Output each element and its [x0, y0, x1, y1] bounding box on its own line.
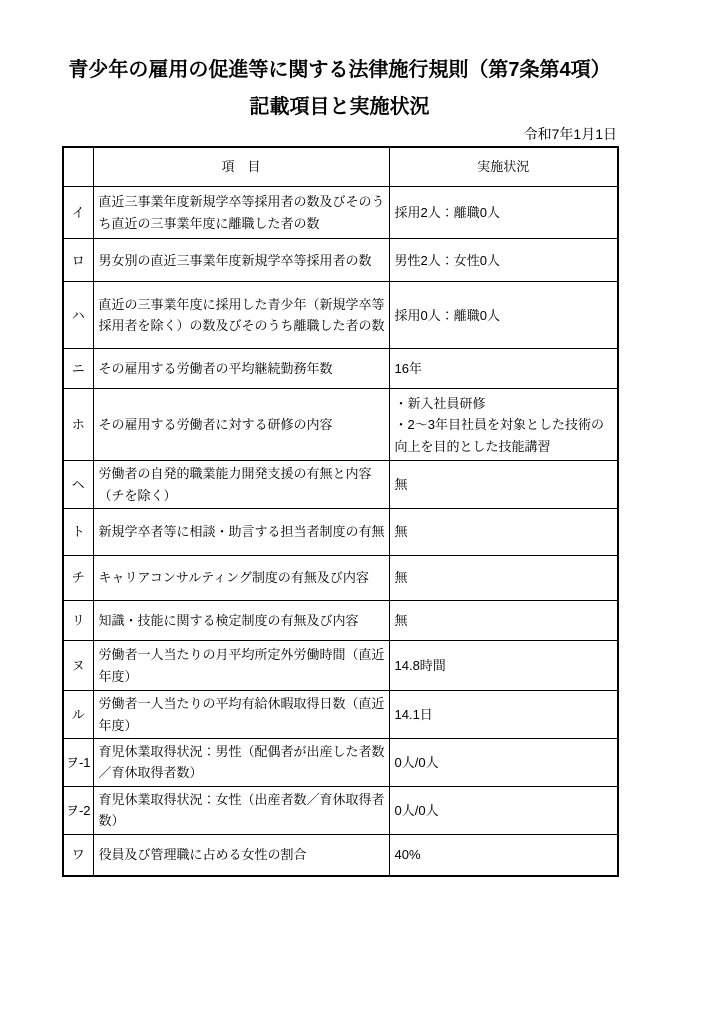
table-header-row: 項 目 実施状況	[63, 147, 618, 187]
table-row: ト 新規学卒者等に相談・助言する担当者制度の有無 無	[63, 509, 618, 556]
table-row: ヲ-2 育児休業取得状況：女性（出産者数／育休取得者数） 0人/0人	[63, 786, 618, 834]
table-row: ニ その雇用する労働者の平均継続勤務年数 16年	[63, 349, 618, 389]
row-status: 採用0人：離職0人	[389, 282, 618, 349]
table-row: ヲ-1 育児休業取得状況：男性（配偶者が出産した者数／育休取得者数） 0人/0人	[63, 739, 618, 787]
row-label: ロ	[63, 239, 93, 282]
row-item: 知識・技能に関する検定制度の有無及び内容	[93, 601, 389, 641]
table-row: イ 直近三事業年度新規学卒等採用者の数及びそのうち直近の三事業年度に離職した者の…	[63, 187, 618, 239]
row-status: ・新入社員研修 ・2～3年目社員を対象とした技術の向上を目的とした技能講習	[389, 389, 618, 461]
document-date: 令和7年1月1日	[62, 126, 617, 143]
row-status: 40%	[389, 834, 618, 876]
row-label: ヌ	[63, 641, 93, 691]
table-row: ワ 役員及び管理職に占める女性の割合 40%	[63, 834, 618, 876]
row-label: ル	[63, 691, 93, 739]
row-item: キャリアコンサルティング制度の有無及び内容	[93, 556, 389, 601]
row-label: ホ	[63, 389, 93, 461]
row-item: 労働者一人当たりの月平均所定外労働時間（直近年度）	[93, 641, 389, 691]
table-row: リ 知識・技能に関する検定制度の有無及び内容 無	[63, 601, 618, 641]
row-label: ヲ-1	[63, 739, 93, 787]
header-label-cell	[63, 147, 93, 187]
page-subtitle: 記載項目と実施状況	[62, 94, 617, 120]
row-label: リ	[63, 601, 93, 641]
row-item: その雇用する労働者に対する研修の内容	[93, 389, 389, 461]
row-item: 新規学卒者等に相談・助言する担当者制度の有無	[93, 509, 389, 556]
document-page: 青少年の雇用の促進等に関する法律施行規則（第7条第4項） 記載項目と実施状況 令…	[0, 0, 724, 1024]
table-row: チ キャリアコンサルティング制度の有無及び内容 無	[63, 556, 618, 601]
row-status: 14.1日	[389, 691, 618, 739]
table-row: ヘ 労働者の自発的職業能力開発支援の有無と内容（チを除く） 無	[63, 461, 618, 509]
row-item: 男女別の直近三事業年度新規学卒等採用者の数	[93, 239, 389, 282]
row-label: ニ	[63, 349, 93, 389]
row-item: 直近三事業年度新規学卒等採用者の数及びそのうち直近の三事業年度に離職した者の数	[93, 187, 389, 239]
row-label: ト	[63, 509, 93, 556]
table-row: ハ 直近の三事業年度に採用した青少年（新規学卒等採用者を除く）の数及びそのうち離…	[63, 282, 618, 349]
row-status: 16年	[389, 349, 618, 389]
row-label: ヲ-2	[63, 786, 93, 834]
row-status: 採用2人：離職0人	[389, 187, 618, 239]
row-status: 無	[389, 556, 618, 601]
row-label: イ	[63, 187, 93, 239]
table-row: ヌ 労働者一人当たりの月平均所定外労働時間（直近年度） 14.8時間	[63, 641, 618, 691]
row-status: 男性2人：女性0人	[389, 239, 618, 282]
row-label: ヘ	[63, 461, 93, 509]
table-row: ル 労働者一人当たりの平均有給休暇取得日数（直近年度） 14.1日	[63, 691, 618, 739]
header-item-cell: 項 目	[93, 147, 389, 187]
row-item: その雇用する労働者の平均継続勤務年数	[93, 349, 389, 389]
page-title: 青少年の雇用の促進等に関する法律施行規則（第7条第4項）	[62, 57, 617, 84]
row-label: ワ	[63, 834, 93, 876]
row-item: 労働者の自発的職業能力開発支援の有無と内容（チを除く）	[93, 461, 389, 509]
row-label: ハ	[63, 282, 93, 349]
row-status: 0人/0人	[389, 786, 618, 834]
row-status: 14.8時間	[389, 641, 618, 691]
row-status: 0人/0人	[389, 739, 618, 787]
table-row: ホ その雇用する労働者に対する研修の内容 ・新入社員研修 ・2～3年目社員を対象…	[63, 389, 618, 461]
table-row: ロ 男女別の直近三事業年度新規学卒等採用者の数 男性2人：女性0人	[63, 239, 618, 282]
row-item: 役員及び管理職に占める女性の割合	[93, 834, 389, 876]
row-status: 無	[389, 461, 618, 509]
row-status: 無	[389, 509, 618, 556]
row-label: チ	[63, 556, 93, 601]
row-item: 育児休業取得状況：男性（配偶者が出産した者数／育休取得者数）	[93, 739, 389, 787]
report-table: 項 目 実施状況 イ 直近三事業年度新規学卒等採用者の数及びそのうち直近の三事業…	[62, 146, 619, 878]
row-item: 育児休業取得状況：女性（出産者数／育休取得者数）	[93, 786, 389, 834]
header-status-cell: 実施状況	[389, 147, 618, 187]
row-item: 直近の三事業年度に採用した青少年（新規学卒等採用者を除く）の数及びそのうち離職し…	[93, 282, 389, 349]
row-item: 労働者一人当たりの平均有給休暇取得日数（直近年度）	[93, 691, 389, 739]
document-content: 青少年の雇用の促進等に関する法律施行規則（第7条第4項） 記載項目と実施状況 令…	[62, 57, 617, 877]
row-status: 無	[389, 601, 618, 641]
